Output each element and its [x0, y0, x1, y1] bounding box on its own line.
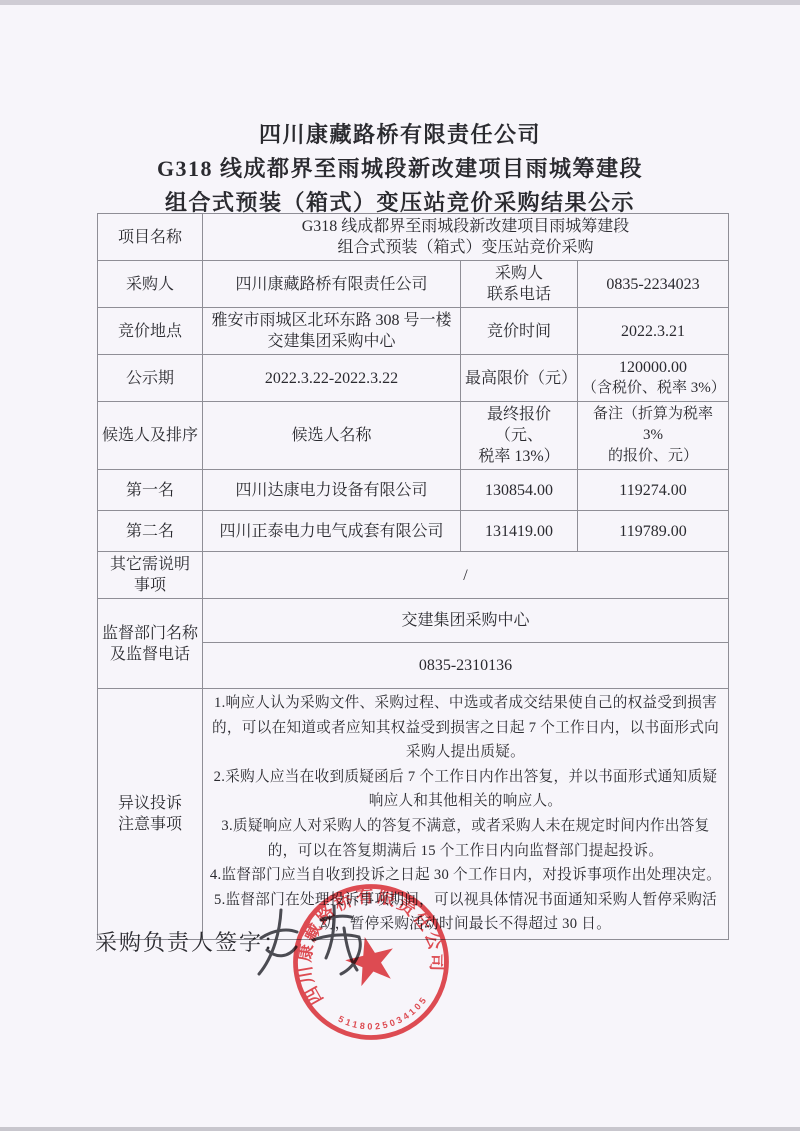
scanned-document-page: 四川康藏路桥有限责任公司 G318 线成都界至雨城段新改建项目雨城筹建段 组合式…: [0, 0, 800, 1131]
final-price-header-line1: 最终报价（元、: [465, 404, 573, 446]
supervisor-label: 监督部门名称 及监督电话: [98, 599, 203, 689]
venue-label: 竞价地点: [98, 308, 203, 355]
publicity-value: 2022.3.22-2022.3.22: [203, 355, 461, 402]
rank1-price: 130854.00: [461, 470, 578, 511]
remark-header: 备注（折算为税率 3% 的报价、元）: [578, 402, 729, 470]
title-line-project: G318 线成都界至雨城段新改建项目雨城筹建段: [0, 152, 800, 186]
rank2-converted-price: 119789.00: [578, 511, 729, 552]
objection-item-3: 3.质疑响应人对采购人的答复不满意，或者采购人未在规定时间内作出答复的，可以在答…: [207, 814, 724, 863]
other-notes-label: 其它需说明 事项: [98, 552, 203, 599]
candidates-name-header: 候选人名称: [203, 402, 461, 470]
rank2-price: 131419.00: [461, 511, 578, 552]
table-row-project: 项目名称 G318 线成都界至雨城段新改建项目雨城筹建段 组合式预装（箱式）变压…: [98, 214, 729, 261]
objection-label: 异议投诉 注意事项: [98, 689, 203, 940]
venue-line2: 交建集团采购中心: [207, 331, 456, 352]
table-row-supervisor-name: 监督部门名称 及监督电话 交建集团采购中心: [98, 599, 729, 643]
table-row-other-notes: 其它需说明 事项 /: [98, 552, 729, 599]
other-notes-value: /: [203, 552, 729, 599]
seal-star-icon: [341, 931, 400, 988]
other-notes-label-line1: 其它需说明: [102, 554, 198, 575]
final-price-header-line2: 税率 13%）: [465, 446, 573, 467]
candidates-rank-label: 候选人及排序: [98, 402, 203, 470]
document-title: 四川康藏路桥有限责任公司 G318 线成都界至雨城段新改建项目雨城筹建段 组合式…: [0, 118, 800, 220]
bidding-time-label: 竞价时间: [461, 308, 578, 355]
max-price-amount: 120000.00: [582, 357, 724, 378]
seal-company-text: 四川康藏路桥有限责任公司: [285, 876, 453, 1009]
venue-value: 雅安市雨城区北环东路 308 号一楼 交建集团采购中心: [203, 308, 461, 355]
scan-edge-top: [0, 0, 800, 5]
buyer-phone-label: 采购人 联系电话: [461, 261, 578, 308]
table-row-candidates-header: 候选人及排序 候选人名称 最终报价（元、 税率 13%） 备注（折算为税率 3%…: [98, 402, 729, 470]
buyer-phone-label-line1: 采购人: [465, 263, 573, 284]
rank1-company: 四川达康电力设备有限公司: [203, 470, 461, 511]
bidding-time-value: 2022.3.21: [578, 308, 729, 355]
max-price-label: 最高限价（元）: [461, 355, 578, 402]
project-name-label: 项目名称: [98, 214, 203, 261]
buyer-phone-label-line2: 联系电话: [465, 284, 573, 305]
publicity-label: 公示期: [98, 355, 203, 402]
table-row-venue: 竞价地点 雅安市雨城区北环东路 308 号一楼 交建集团采购中心 竞价时间 20…: [98, 308, 729, 355]
title-line-company: 四川康藏路桥有限责任公司: [0, 118, 800, 152]
venue-line1: 雅安市雨城区北环东路 308 号一楼: [207, 310, 456, 331]
supervisor-label-line1: 监督部门名称: [102, 623, 198, 644]
buyer-phone-value: 0835-2234023: [578, 261, 729, 308]
objection-item-1: 1.响应人认为采购文件、采购过程、中选或者成交结果使自己的权益受到损害的，可以在…: [207, 691, 724, 765]
table-row-buyer: 采购人 四川康藏路桥有限责任公司 采购人 联系电话 0835-2234023: [98, 261, 729, 308]
rank2-label: 第二名: [98, 511, 203, 552]
project-name-line1: G318 线成都界至雨城段新改建项目雨城筹建段: [207, 216, 724, 237]
table-row-publicity: 公示期 2022.3.22-2022.3.22 最高限价（元） 120000.0…: [98, 355, 729, 402]
max-price-value: 120000.00 （含税价、税率 3%）: [578, 355, 729, 402]
objection-label-line2: 注意事项: [102, 814, 198, 835]
table-row-rank1: 第一名 四川达康电力设备有限公司 130854.00 119274.00: [98, 470, 729, 511]
buyer-label: 采购人: [98, 261, 203, 308]
final-price-header: 最终报价（元、 税率 13%）: [461, 402, 578, 470]
company-seal-stamp: 四川康藏路桥有限责任公司 5118025034105: [285, 876, 457, 1048]
remark-header-line1: 备注（折算为税率 3%: [582, 404, 724, 446]
buyer-value: 四川康藏路桥有限责任公司: [203, 261, 461, 308]
scan-edge-bottom: [0, 1127, 800, 1131]
project-name-line2: 组合式预装（箱式）变压站竞价采购: [207, 237, 724, 258]
table-row-rank2: 第二名 四川正泰电力电气成套有限公司 131419.00 119789.00: [98, 511, 729, 552]
supervisor-name-value: 交建集团采购中心: [203, 599, 729, 643]
svg-text:四川康藏路桥有限责任公司: 四川康藏路桥有限责任公司: [285, 876, 453, 1009]
project-name-value: G318 线成都界至雨城段新改建项目雨城筹建段 组合式预装（箱式）变压站竞价采购: [203, 214, 729, 261]
remark-header-line2: 的报价、元）: [582, 446, 724, 467]
rank1-converted-price: 119274.00: [578, 470, 729, 511]
announcement-table: 项目名称 G318 线成都界至雨城段新改建项目雨城筹建段 组合式预装（箱式）变压…: [97, 213, 729, 940]
rank2-company: 四川正泰电力电气成套有限公司: [203, 511, 461, 552]
rank1-label: 第一名: [98, 470, 203, 511]
other-notes-label-line2: 事项: [102, 575, 198, 596]
supervisor-label-line2: 及监督电话: [102, 644, 198, 665]
max-price-note: （含税价、税率 3%）: [582, 378, 724, 399]
objection-item-2: 2.采购人应当在收到质疑函后 7 个工作日内作出答复，并以书面形式通知质疑响应人…: [207, 765, 724, 814]
objection-label-line1: 异议投诉: [102, 793, 198, 814]
supervisor-phone-value: 0835-2310136: [203, 643, 729, 689]
